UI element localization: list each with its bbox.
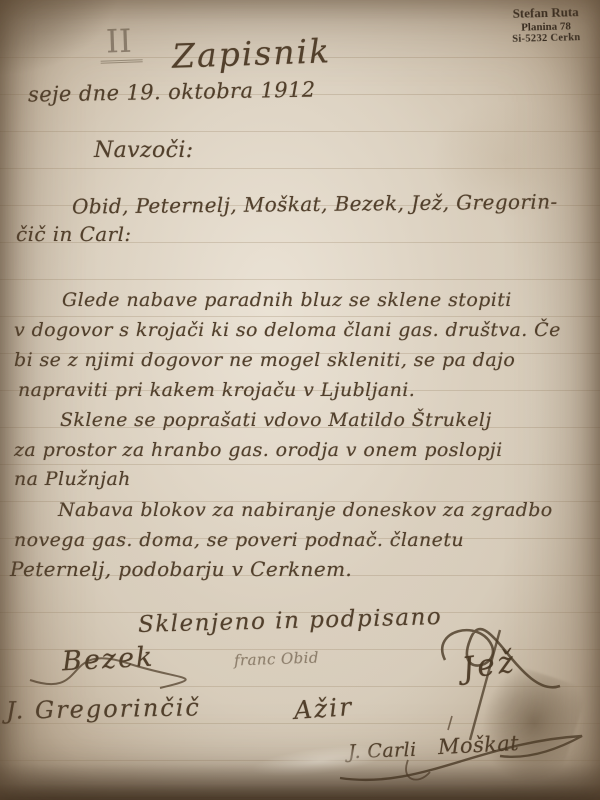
present-label: Navzoči: [94,138,194,163]
signature-j-carli: J. Carli [348,739,417,763]
present-names-line2: čič in Carl: [16,222,132,246]
date-line: seje dne 19. oktobra 1912 [28,77,316,106]
signature-franc-obid: franc Obid [234,649,319,670]
signature-moskat: Moškat [437,731,519,759]
signature-gregorincic: J. Gregorinčič [6,693,201,724]
signature-jez: Jež [460,644,519,686]
present-names-line1: Obid, Peternelj, Moškat, Bezek, Jež, Gre… [72,189,558,218]
body-line: za prostor za hranbo gas. orodja v onem … [14,439,503,461]
stamp-city: Si-5232 Cerkn [482,31,600,46]
body-line: Glede nabave paradnih bluz se sklene sto… [62,289,512,311]
closing-line: Sklenjeno in podpisano [138,604,443,638]
body-line: na Plužnjah [14,468,131,490]
owner-stamp: Stefan Ruta Planina 78 Si-5232 Cerkn [482,4,600,46]
signature-bezek: Bezek [61,642,155,678]
bottom-edge-shadow [0,764,600,800]
signature-azir: Ažir [293,692,354,725]
scanned-document-page: Stefan Ruta Planina 78 Si-5232 Cerkn II … [0,0,600,800]
body-line: novega gas. doma, se poveri podnač. član… [14,529,464,551]
body-line: v dogovor s krojači ki so deloma člani g… [14,319,561,341]
body-line: bi se z njimi dogovor ne mogel skleniti,… [14,349,515,371]
body-line: Nabava blokov za nabiranje doneskov za z… [58,499,553,521]
body-line: Sklene se poprašati vdovo Matildo Štruke… [60,409,492,431]
document-title: Zapisnik [171,31,331,76]
body-line: Peternelj, podobarju v Cerknem. [10,557,352,581]
page-numeral: II [99,21,142,63]
body-line: napraviti pri kakem krojaču v Ljubljani. [18,379,415,401]
